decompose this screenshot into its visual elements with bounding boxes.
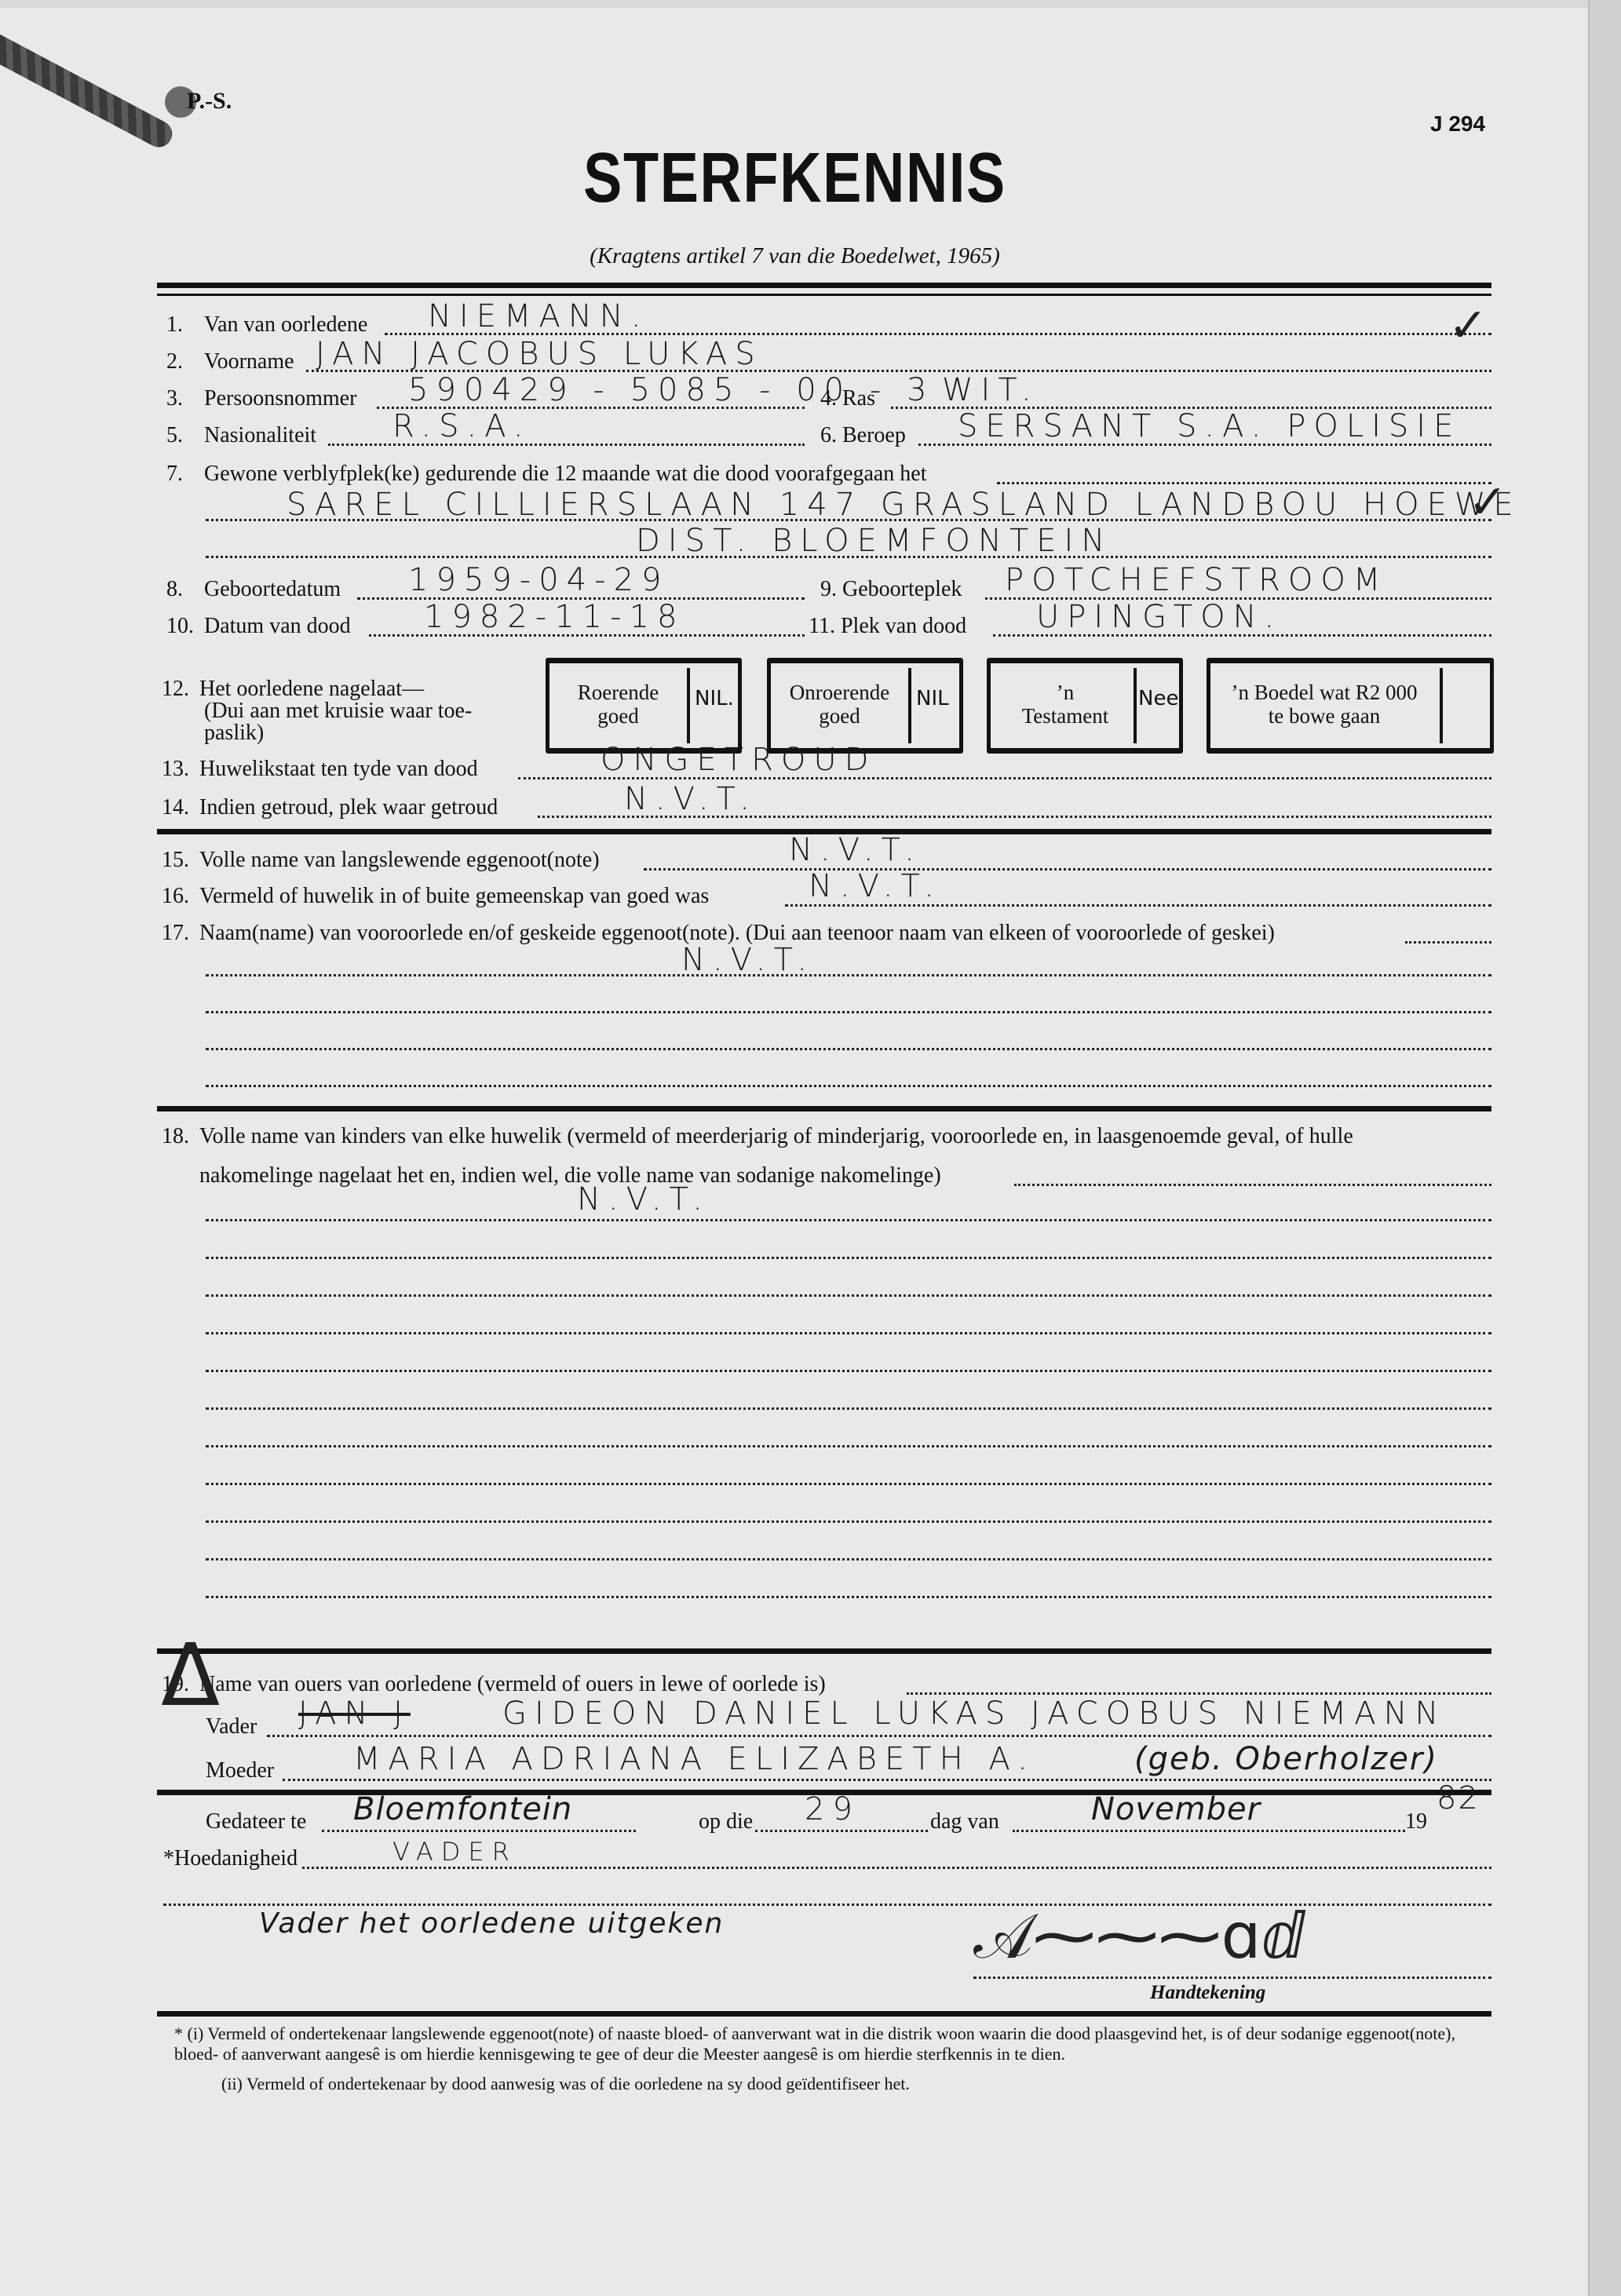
field-line — [206, 1294, 1491, 1297]
field-value-race[interactable]: WIT. — [942, 372, 1039, 408]
field-value-surname[interactable]: NIEMANN. — [428, 298, 648, 334]
field-value-death-date[interactable]: 1982-11-18 — [424, 599, 685, 635]
field-line — [206, 1257, 1491, 1259]
estate-movable-value: NIL. — [695, 687, 734, 710]
field-label-race: 4. Ras — [820, 386, 875, 411]
field-line — [206, 1445, 1491, 1447]
field-line — [206, 1558, 1491, 1560]
field-label-birth-date: 8.Geboortedatum — [166, 577, 341, 602]
field-label-residence: 7.Gewone verblyfplek(ke) gedurende die 1… — [166, 462, 927, 487]
field-line — [206, 1596, 1491, 1598]
signature-label: Handtekening — [1150, 1982, 1265, 2004]
estate-box-over-r2000[interactable]: ’n Boedel wat R2 000te bowe gaan — [1207, 658, 1494, 754]
footnote-i: * (i) Vermeld of ondertekenaar langslewe… — [174, 2024, 1501, 2064]
field-label-surname: 1.Van van oorledene — [166, 312, 367, 338]
field-value-first-names[interactable]: JAN JACOBUS LUKAS — [251, 336, 763, 372]
ps-mark: P.-S. — [187, 88, 232, 115]
field-line — [907, 1692, 1491, 1695]
field-label-mother: Moeder — [206, 1758, 274, 1783]
month-value[interactable]: November — [1091, 1791, 1261, 1827]
day-value[interactable]: 29 — [805, 1791, 860, 1827]
divider — [157, 1648, 1491, 1654]
field-value-birth-date[interactable]: 1959-04-29 — [408, 562, 669, 598]
estate-box-immovable[interactable]: Onroerendegoed NIL — [767, 658, 963, 754]
initials-mark-icon: Δ — [161, 1625, 220, 1725]
field-line — [206, 1520, 1491, 1523]
field-label-death-place: 11. Plek van dood — [809, 614, 966, 639]
field-value-occupation[interactable]: SERSANT S.A. POLISIE — [958, 408, 1461, 444]
estate-immovable-value: NIL — [916, 687, 949, 710]
estate-box-will[interactable]: ’nTestament Nee — [987, 658, 1183, 754]
box-divider — [1134, 668, 1137, 743]
field-line — [206, 1370, 1491, 1372]
field-line — [206, 1332, 1491, 1334]
field-label-identity-number: 3.Persoonsnommer — [166, 386, 356, 411]
field-line — [785, 904, 1491, 907]
field-value-marriage-place[interactable]: N.V.T. — [624, 781, 758, 817]
field-value-surviving-spouse[interactable]: N.V.T. — [789, 832, 922, 868]
day-of-label: dag van — [930, 1809, 999, 1834]
field-line — [322, 1830, 636, 1832]
dated-at-value[interactable]: Bloemfontein — [353, 1791, 572, 1827]
box-divider — [687, 668, 690, 743]
divider — [157, 1106, 1491, 1111]
checkmark-icon: ✓ — [1448, 298, 1488, 353]
capacity-label: *Hoedanigheid — [163, 1846, 298, 1871]
divider — [157, 2011, 1491, 2017]
year-prefix: 19 — [1405, 1809, 1427, 1834]
field-line — [302, 1867, 1491, 1869]
footnote-ii: (ii) Vermeld of ondertekenaar by dood aa… — [221, 2074, 1509, 2094]
field-line — [283, 1779, 1491, 1781]
on-the-label: op die — [699, 1809, 753, 1834]
field-label-children-cont: nakomelinge nagelaat het en, indien wel,… — [199, 1163, 941, 1188]
field-value-children[interactable]: N.V.T. — [577, 1181, 710, 1217]
divider — [157, 283, 1491, 288]
dated-at-label: Gedateer te — [206, 1809, 306, 1834]
underlying-page-edge — [1588, 0, 1621, 2296]
estate-box-movable[interactable]: Roerendegoed NIL. — [546, 658, 742, 754]
page-subtitle: (Kragtens artikel 7 van die Boedelwet, 1… — [0, 243, 1590, 269]
field-value-birth-place[interactable]: POTCHEFSTROOM — [1005, 562, 1388, 598]
checkmark-icon: ✓ — [1468, 475, 1507, 530]
field-line — [267, 1735, 1491, 1737]
field-line — [997, 482, 1491, 484]
field-label-nationality: 5.Nasionaliteit — [166, 423, 316, 448]
field-label-marital-status: 13.Huwelikstaat ten tyde van dood — [162, 757, 478, 782]
field-line — [206, 1011, 1491, 1013]
year-value[interactable]: 82 — [1437, 1780, 1480, 1816]
field-value-community-of-property[interactable]: N.V.T. — [809, 868, 942, 904]
capacity-value[interactable]: VADER — [392, 1837, 517, 1867]
field-value-mother-note[interactable]: (geb. Oberholzer) — [1134, 1741, 1438, 1777]
field-line — [206, 1048, 1491, 1050]
page-title: STERFKENNIS — [143, 138, 1447, 219]
field-value-death-place[interactable]: UPINGTON. — [1036, 599, 1282, 635]
field-line — [1013, 1830, 1405, 1832]
divider — [157, 294, 1491, 296]
field-value-nationality[interactable]: R.S.A. — [392, 408, 531, 444]
estate-will-value: Nee — [1138, 687, 1178, 710]
field-line — [1405, 941, 1491, 944]
field-label-parents: 19.Name van ouers van oorledene (vermeld… — [162, 1672, 826, 1697]
field-line — [206, 1085, 1491, 1087]
signature-line — [973, 1977, 1491, 1979]
field-value-mother[interactable]: MARIA ADRIANA ELIZABETH A. — [353, 1741, 1035, 1777]
field-value-residence-line-1[interactable]: SAREL CILLIERSLAAN 147 GRASLAND LANDBOU … — [287, 487, 1521, 523]
box-divider — [908, 668, 911, 743]
field-value-residence-line-2[interactable]: DIST. BLOEMFONTEIN — [636, 523, 1112, 559]
field-value-predeceased-spouse[interactable]: N.V.T. — [681, 942, 815, 978]
field-label-children: 18.Volle name van kinders van elke huwel… — [162, 1124, 1353, 1149]
field-sublabel-estate: paslik) — [204, 721, 264, 746]
field-label-birth-place: 9. Geboorteplek — [820, 577, 962, 602]
field-value-father-struck: JAN J — [298, 1696, 411, 1732]
field-label-occupation: 6. Beroep — [820, 423, 906, 448]
field-value-marital-status[interactable]: ONGETROUD — [601, 742, 876, 778]
field-label-marriage-place: 14.Indien getroud, plek waar getroud — [162, 795, 498, 820]
box-divider — [1440, 668, 1443, 743]
signature-mark[interactable]: 𝒜⁓⁓⁓ɑⅆ — [973, 1900, 1305, 1973]
field-line — [206, 974, 1491, 976]
field-value-father[interactable]: GIDEON DANIEL LUKAS JACOBUS NIEMANN — [502, 1696, 1446, 1732]
field-line — [755, 1830, 928, 1832]
field-label-surviving-spouse: 15.Volle name van langslewende eggenoot(… — [162, 848, 600, 873]
form-number: J 294 — [1430, 111, 1485, 137]
field-label-death-date: 10.Datum van dood — [166, 614, 351, 639]
field-label-community-of-property: 16.Vermeld of huwelik in of buite gemeen… — [162, 884, 709, 909]
field-line — [206, 1407, 1491, 1410]
field-line — [644, 868, 1491, 871]
capacity-note-value[interactable]: Vader het oorledene uitgeken — [259, 1907, 724, 1940]
field-line — [206, 1483, 1491, 1485]
field-line — [206, 1219, 1491, 1221]
field-line — [1014, 1184, 1491, 1186]
